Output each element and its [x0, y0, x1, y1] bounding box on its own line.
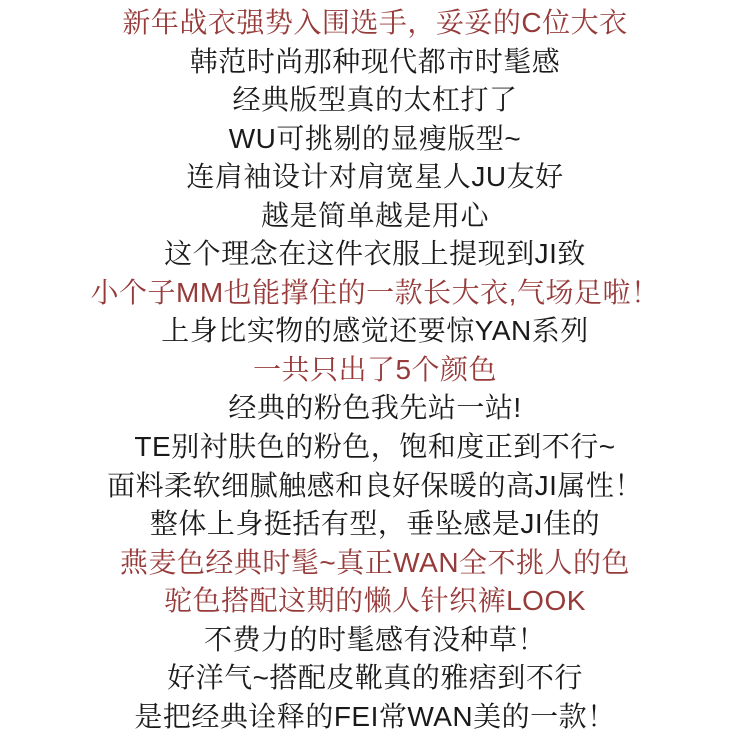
description-line: TE别衬肤色的粉色，饱和度正到不行~ [0, 428, 750, 467]
description-line: 面料柔软细腻触感和良好保暖的高JI属性！ [0, 467, 750, 506]
description-line: 经典版型真的太杠打了 [0, 81, 750, 120]
description-line: 上身比实物的感觉还要惊YAN系列 [0, 312, 750, 351]
description-line: 是把经典诠释的FEI常WAN美的一款！ [0, 698, 750, 737]
product-description-page: 新年战衣强势入围选手，妥妥的C位大衣韩范时尚那种现代都市时髦感经典版型真的太杠打… [0, 0, 750, 750]
product-description-text-block: 新年战衣强势入围选手，妥妥的C位大衣韩范时尚那种现代都市时髦感经典版型真的太杠打… [0, 0, 750, 736]
description-line: 驼色搭配这期的懒人针织裤LOOK [0, 582, 750, 621]
description-line: 一共只出了5个颜色 [0, 351, 750, 390]
description-line: 燕麦色经典时髦~真正WAN全不挑人的色 [0, 544, 750, 583]
description-line: WU可挑剔的显瘦版型~ [0, 120, 750, 159]
description-line: 新年战衣强势入围选手，妥妥的C位大衣 [0, 4, 750, 43]
description-line: 韩范时尚那种现代都市时髦感 [0, 43, 750, 82]
description-line: 不费力的时髦感有没种草！ [0, 621, 750, 660]
description-line: 经典的粉色我先站一站! [0, 389, 750, 428]
description-line: 越是简单越是用心 [0, 197, 750, 236]
description-line: 连肩袖设计对肩宽星人JU友好 [0, 158, 750, 197]
description-line: 整体上身挺括有型，垂坠感是JI佳的 [0, 505, 750, 544]
description-line: 好洋气~搭配皮靴真的雅痞到不行 [0, 659, 750, 698]
description-line: 这个理念在这件衣服上提现到JI致 [0, 235, 750, 274]
description-line: 小个子MM也能撑住的一款长大衣,气场足啦！ [0, 274, 750, 313]
